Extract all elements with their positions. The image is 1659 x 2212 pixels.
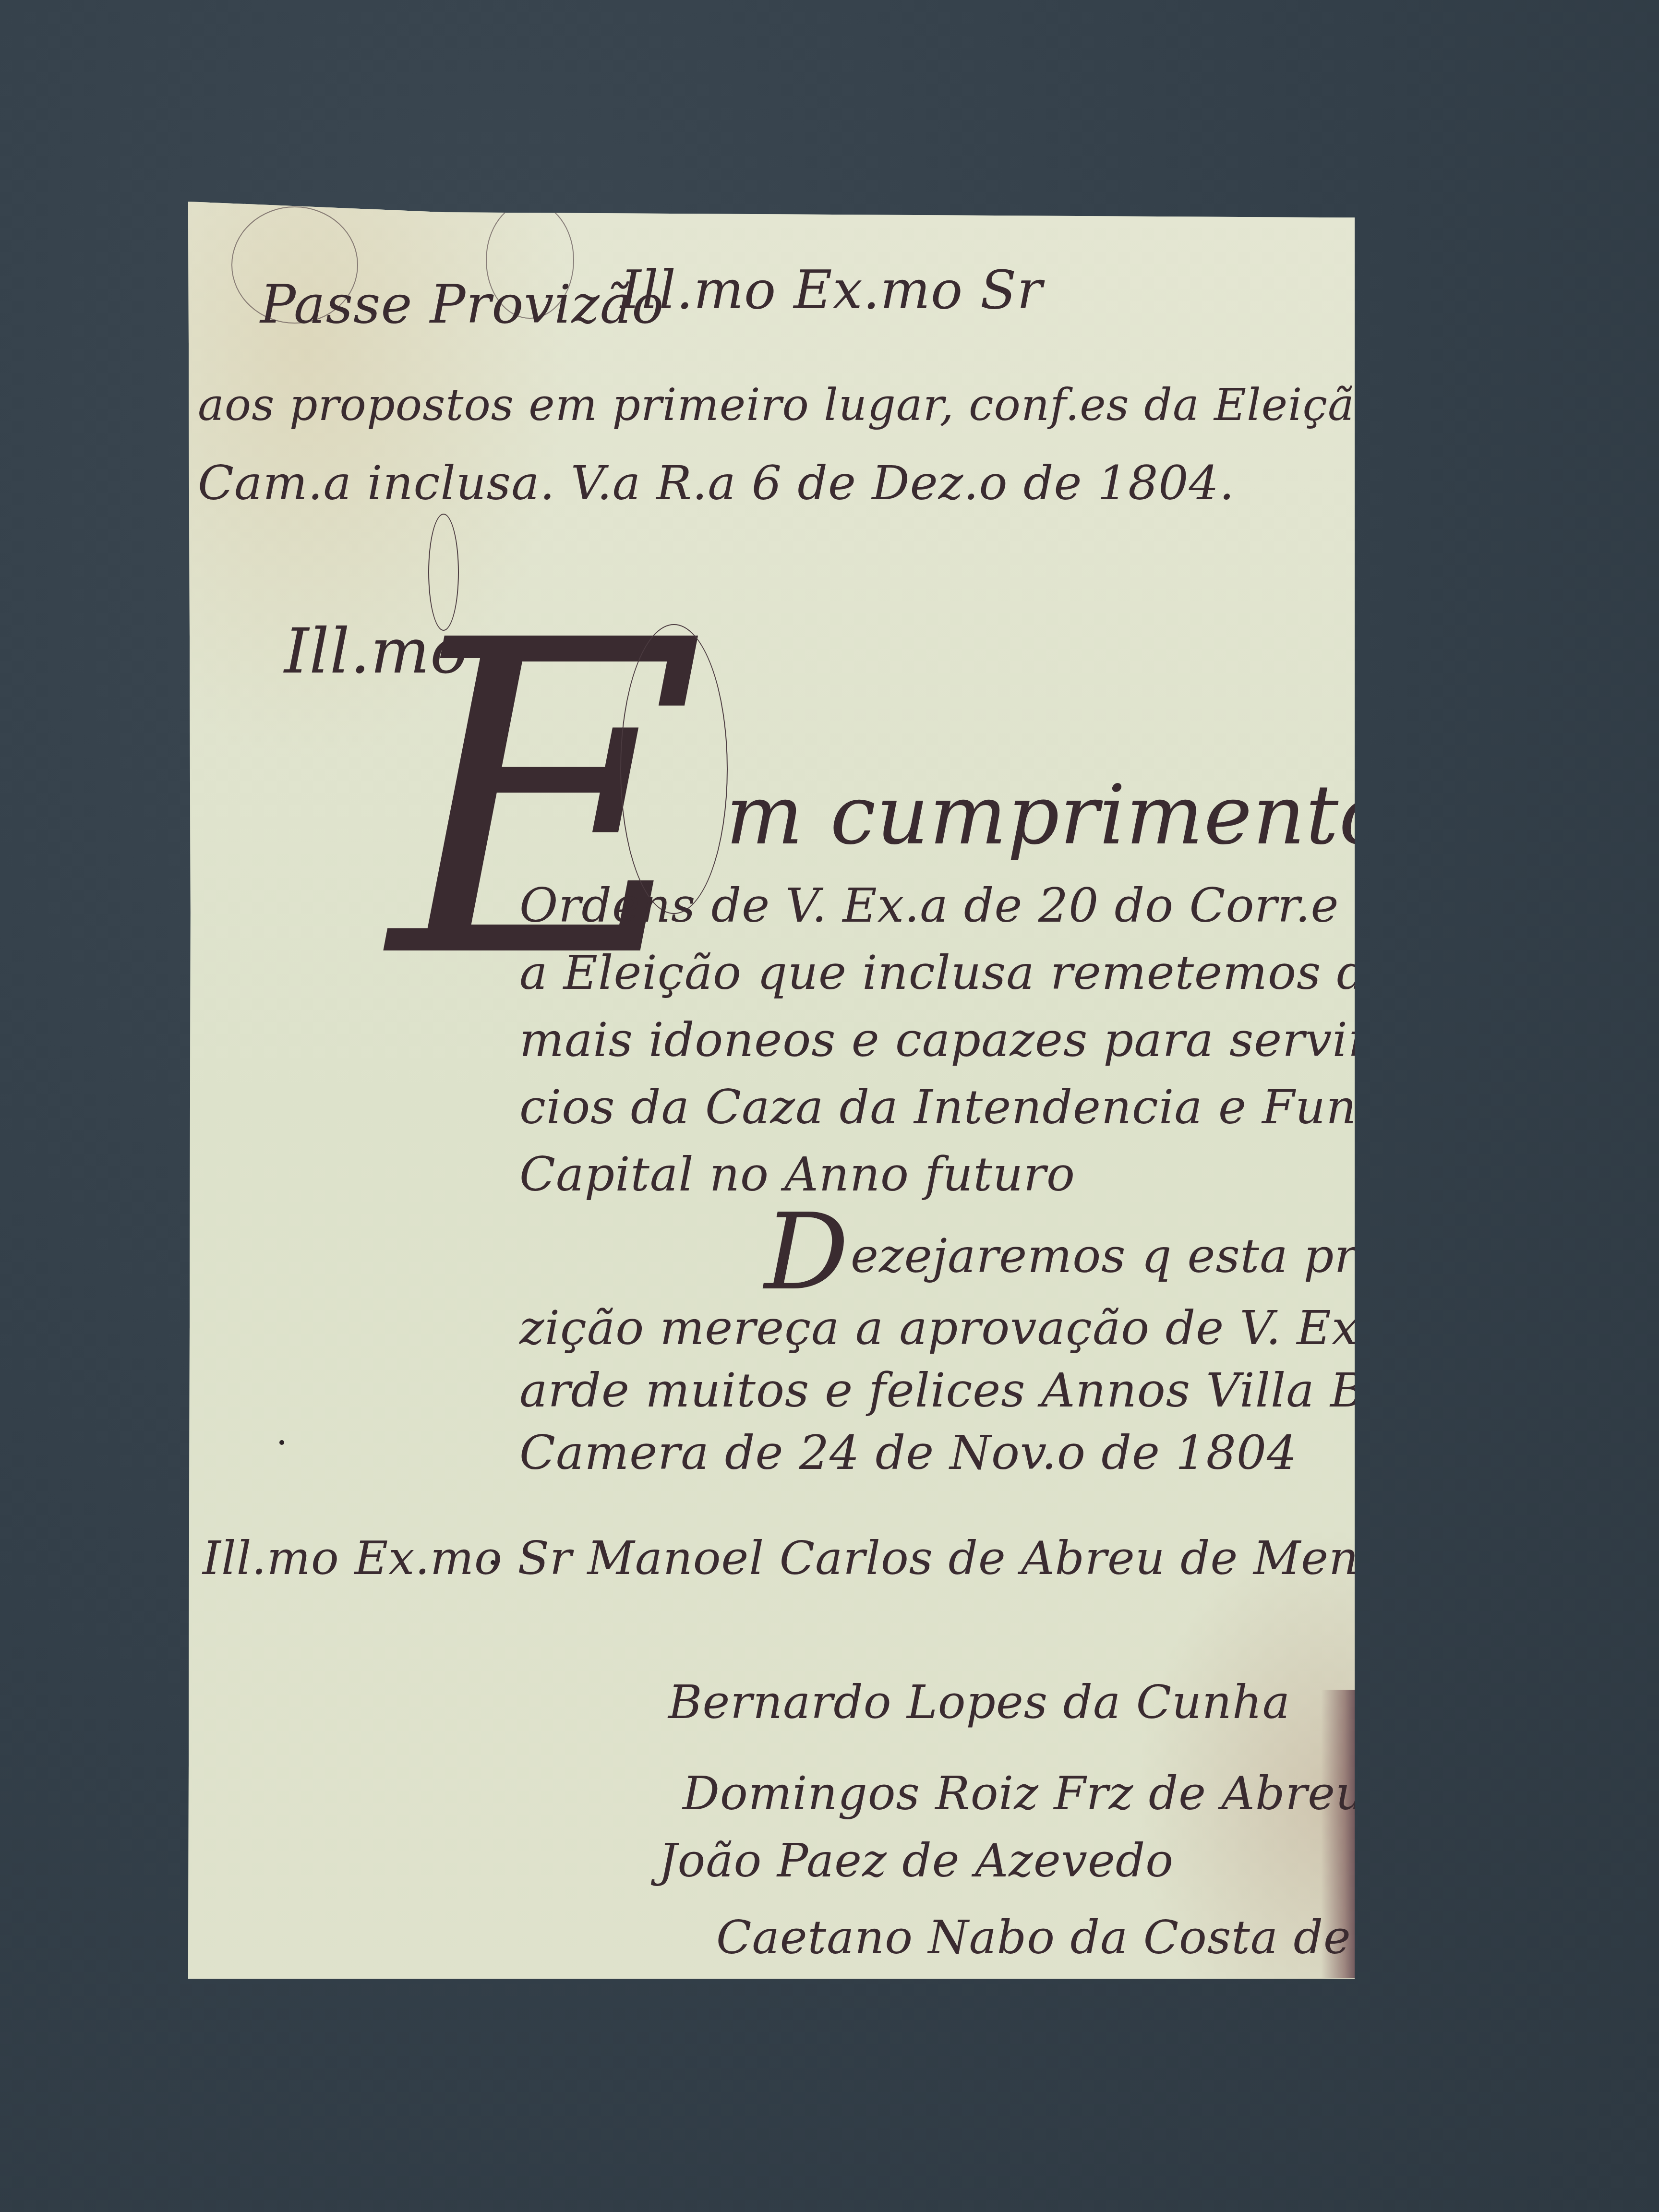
- opening-line: m cumprimento das: [726, 768, 1559, 863]
- margin-note-line-3: Cam.a inclusa. V.a R.a 6 de Dez.o de 180…: [198, 456, 1235, 511]
- addressee: Ill.mo Ex.mo Sr Manoel Carlos de Abreu d…: [203, 1531, 1463, 1585]
- body-line: cios da Caza da Intendencia e Fundição d…: [519, 1080, 1634, 1135]
- ink-dot: [491, 1560, 495, 1565]
- body-line: a Eleição que inclusa remetemos dos Suge…: [519, 946, 1647, 1000]
- body-line: zição mereça a aprovação de V. Ex.a q.m …: [519, 1301, 1659, 1356]
- body-line: Ordens de V. Ex.a de 20 do Corr.e passam…: [519, 878, 1659, 933]
- body-line: mais idoneos e capazes para servirem os …: [519, 1013, 1635, 1068]
- manuscript-page: Passe Provizão Ill.mo Ex.mo Sr aos propo…: [188, 202, 1355, 1979]
- ink-dot: [279, 1440, 284, 1445]
- signature: João Paez de Azevedo: [659, 1834, 1174, 1887]
- margin-note-salutation: Ill.mo Ex.mo Sr: [620, 259, 1043, 321]
- signature: Caetano Nabo da Costa de Araujo Mello: [716, 1911, 1659, 1964]
- margin-note-title: Passe Provizão: [260, 274, 664, 335]
- body-line: ezejaremos q esta propo-: [851, 1229, 1462, 1284]
- margin-note-line-2: aos propostos em primeiro lugar, conf.es…: [198, 379, 1452, 431]
- signature: Bernardo Lopes da Cunha: [668, 1675, 1290, 1729]
- paragraph-initial: D: [764, 1190, 849, 1313]
- body-line: arde muitos e felices Annos Villa Bella …: [519, 1363, 1542, 1418]
- initial-flourish: [620, 624, 728, 914]
- body-line: Camera de 24 de Nov.o de 1804: [519, 1426, 1297, 1480]
- signature: Domingos Roiz Frz de Abreu Lemos: [683, 1767, 1536, 1820]
